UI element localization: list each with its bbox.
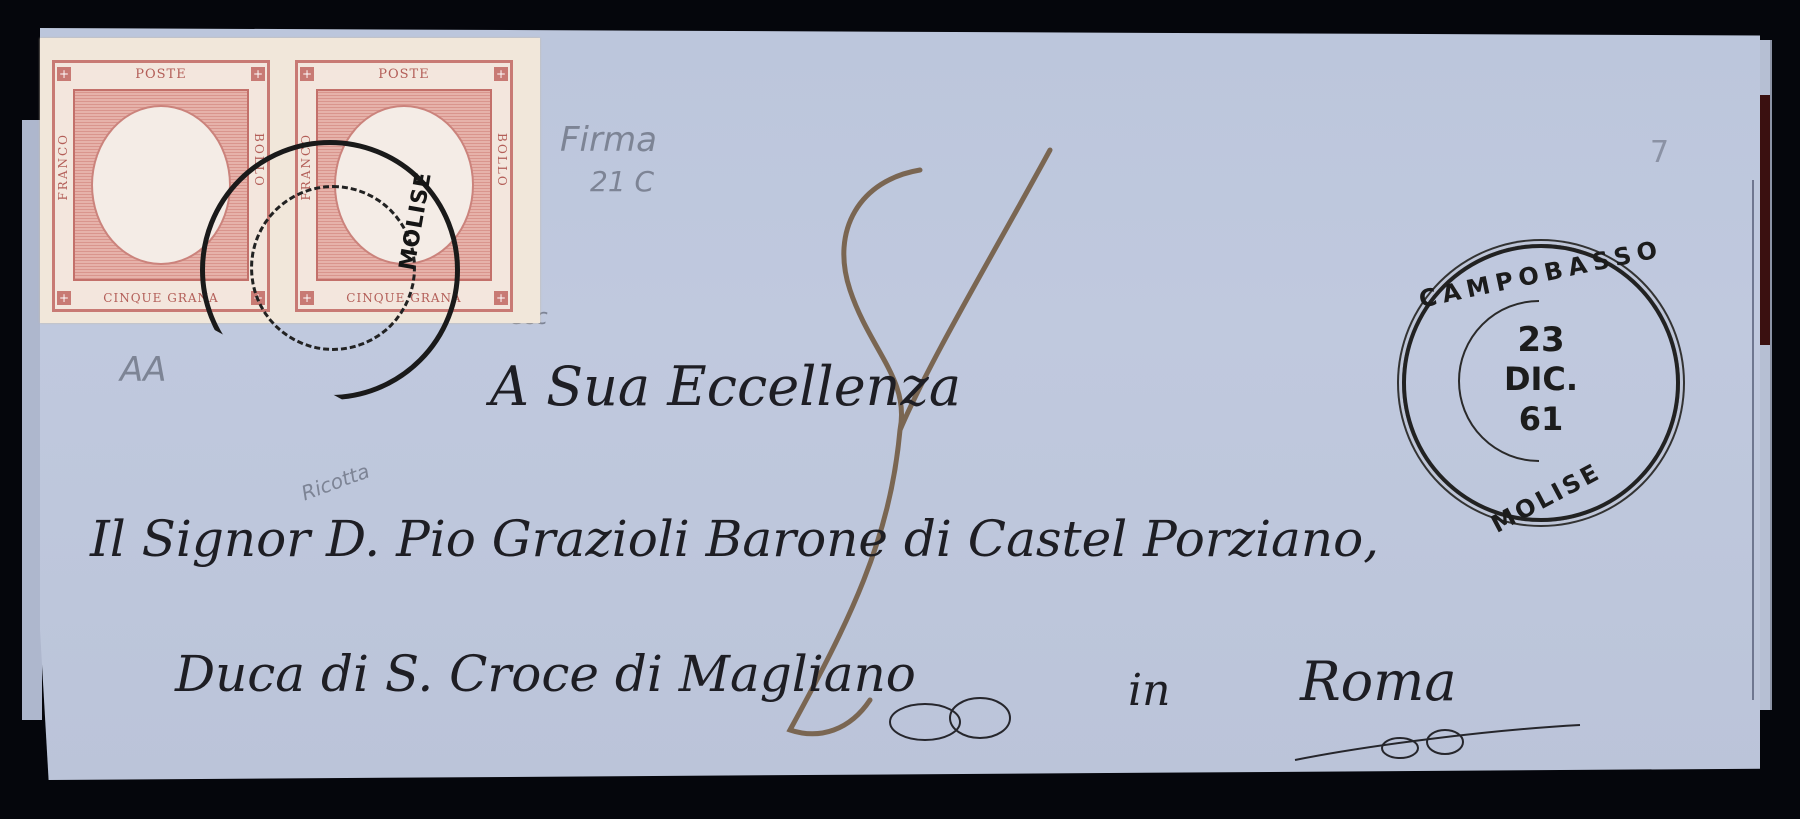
pencil-note-corner: 7 xyxy=(1650,135,1669,170)
address-in: in xyxy=(1128,665,1170,716)
stamp-top-label: POSTE xyxy=(298,67,510,82)
stamp-left-label: FRANCO xyxy=(56,133,70,201)
postmark: CAMPOBASSO 23 DIC. 61 MOLISE xyxy=(1402,244,1680,522)
cancel-postmark-inner xyxy=(250,185,416,351)
address-city: Roma xyxy=(1300,650,1457,713)
flourish xyxy=(880,680,1030,750)
flourish xyxy=(1290,710,1590,770)
stamp-right-label: BOLLO xyxy=(495,133,509,188)
postmark-month: DIC. xyxy=(1406,360,1676,398)
postmark-year: 61 xyxy=(1406,400,1676,438)
fold-line xyxy=(1752,180,1754,700)
postmark-day: 23 xyxy=(1406,320,1676,360)
address-line-3: Duca di S. Croce di Magliano xyxy=(175,645,916,703)
address-line-2: Il Signor D. Pio Grazioli Barone di Cast… xyxy=(90,510,1379,568)
pencil-note-top: Firma xyxy=(560,120,657,160)
pencil-note-number: 21 C xyxy=(590,165,654,198)
address-line-1: A Sua Eccellenza xyxy=(490,355,961,418)
stamp-top-label: POSTE xyxy=(55,67,267,82)
paper-edge xyxy=(22,120,42,720)
pencil-note-left: AA xyxy=(120,350,167,390)
